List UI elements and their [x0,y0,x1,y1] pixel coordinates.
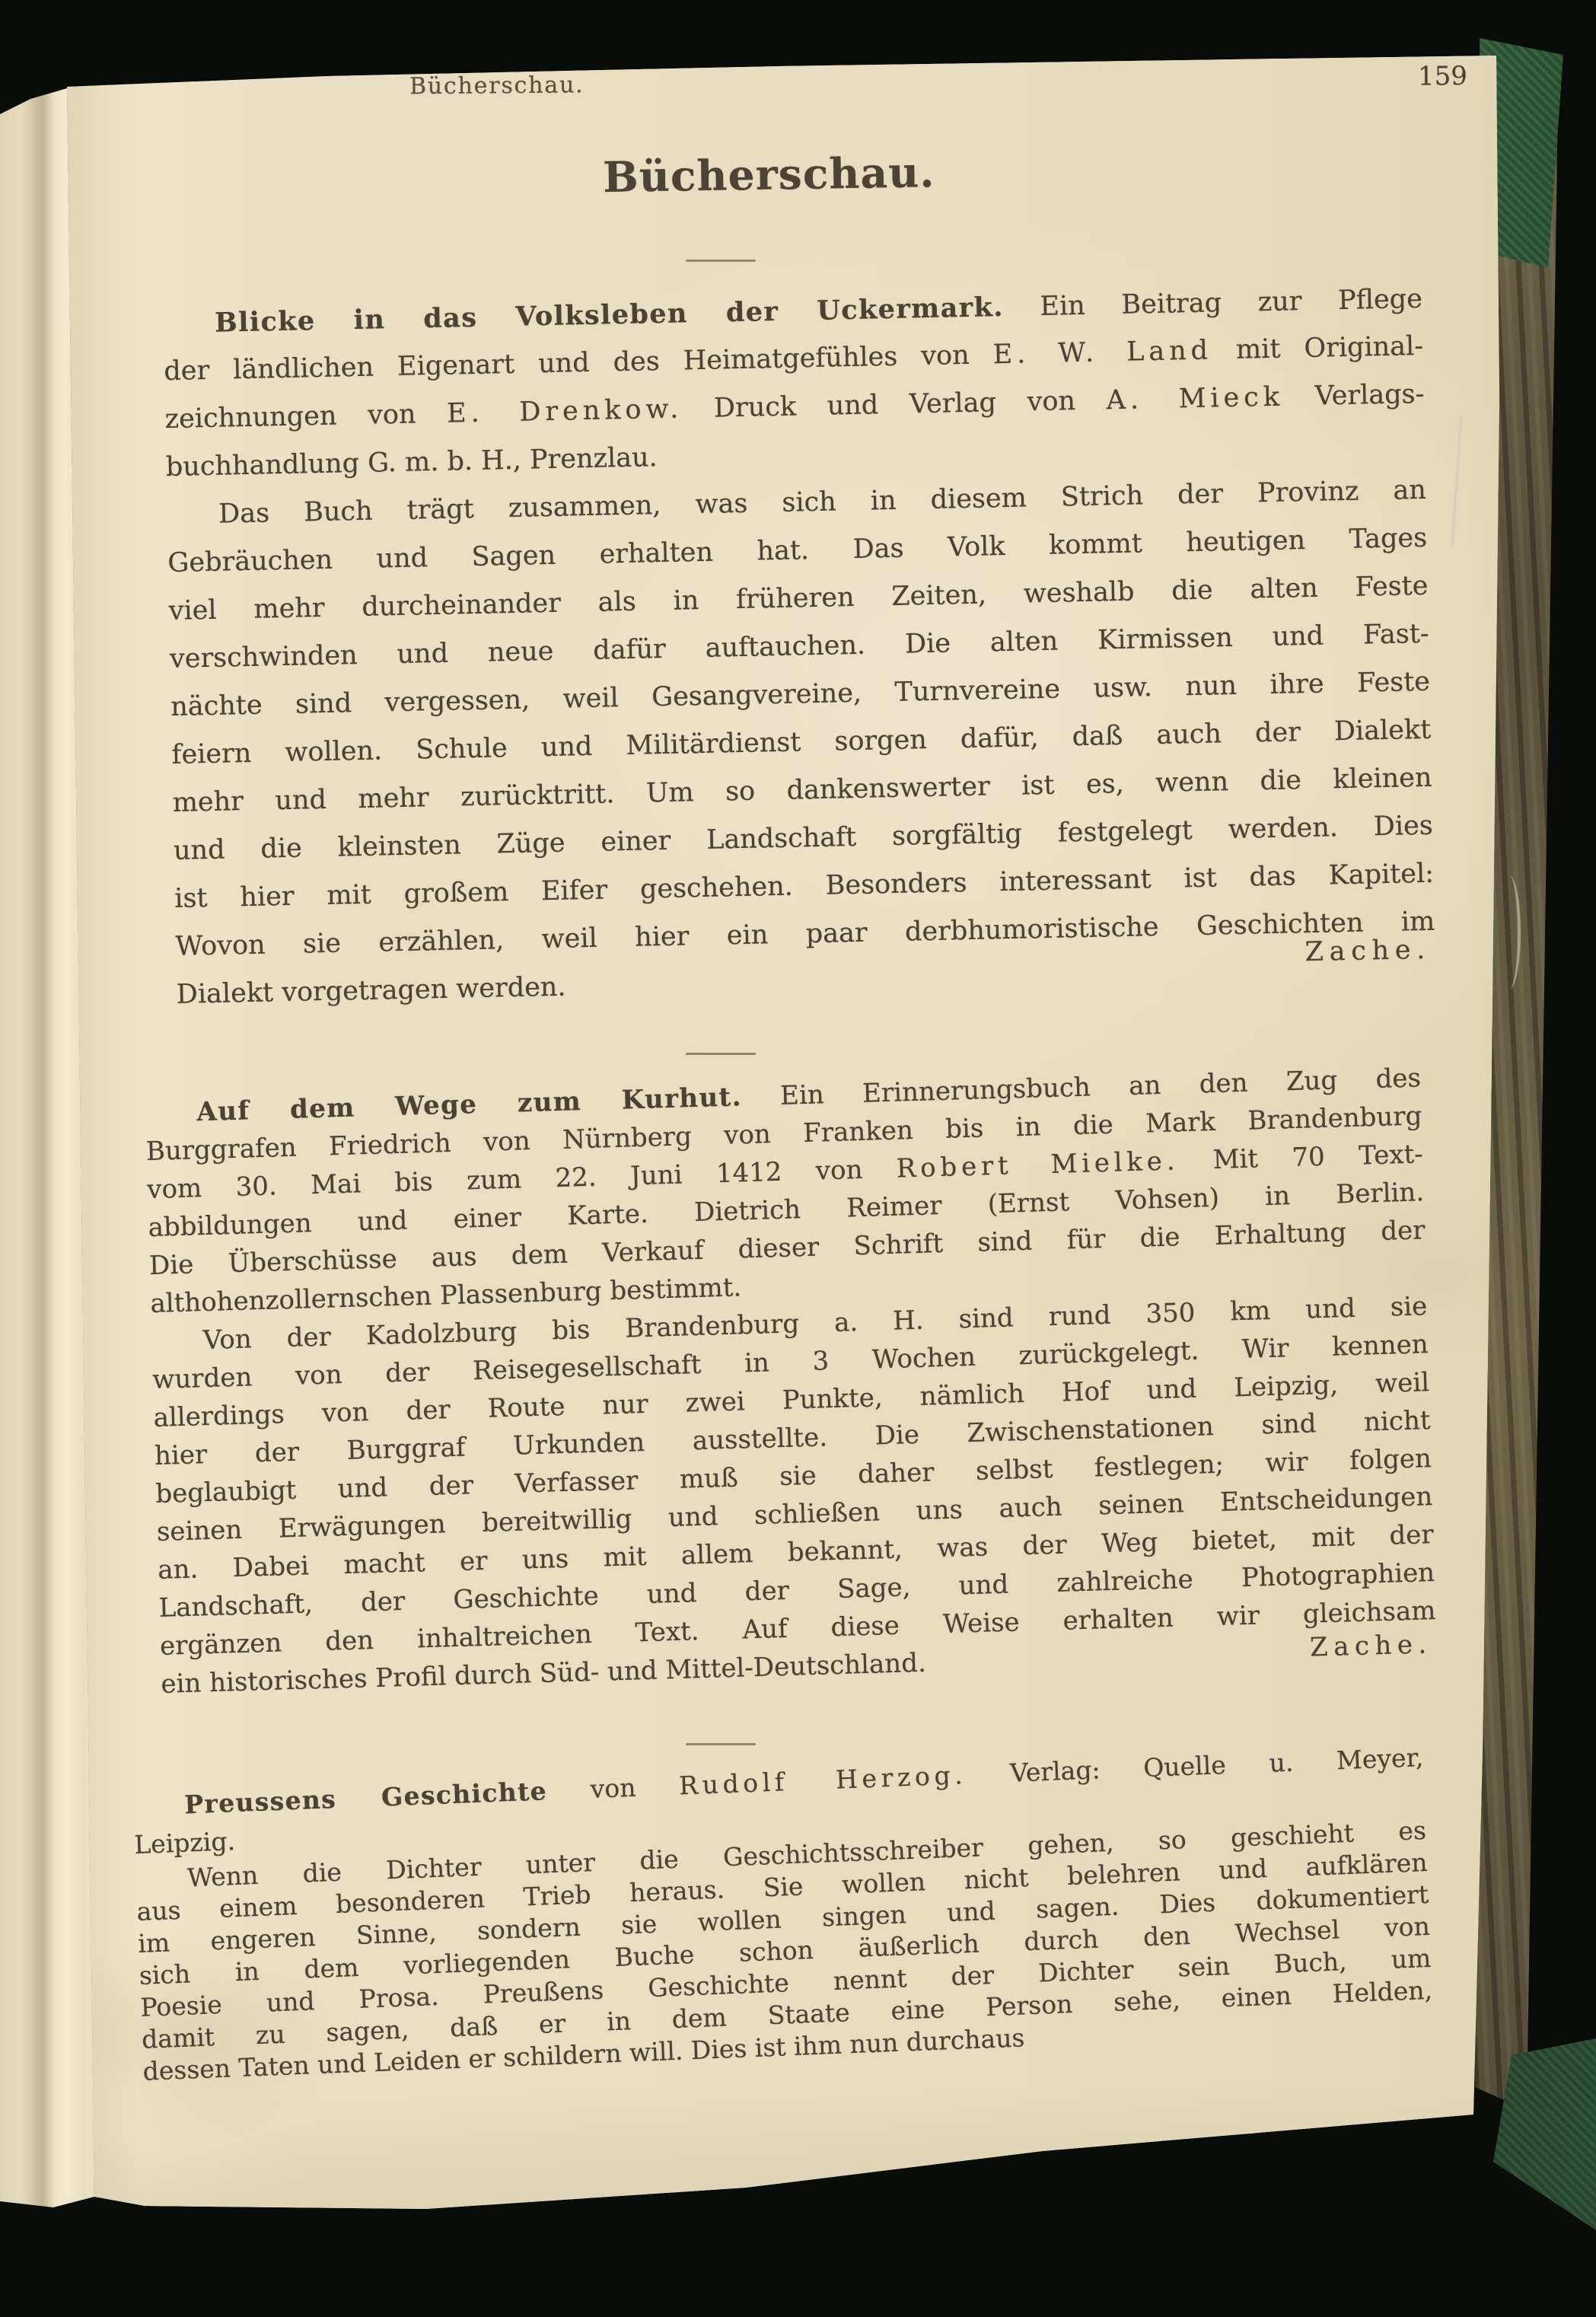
reviewer-signature: Zache. [1305,926,1432,977]
section-rule [686,1053,756,1055]
review-heading: Blicke in das Volksleben der Uckermark. [215,292,1004,339]
paragraph: Das Buch trägt zusammen, was sich in die… [167,467,1437,1019]
text-segment: buchhandlung G. m. b. H., Prenzlau. [166,442,658,483]
margin-spacer [170,94,409,96]
text-segment: Mit 70 Text- [1179,1139,1424,1176]
review-block-kurhut: Auf dem Wege zum Kurhut. Ein Erinnerungs… [145,1059,1438,1703]
text-segment: E. W. Land [992,335,1212,370]
section-rule [686,1743,756,1745]
review-block-preussens-geschichte: Preussens Geschichte von Rudolf Herzog. … [132,1739,1434,2088]
text-segment: der ländlichen Eigenart und des Heimatge… [164,339,993,387]
page-title: Bücherschau. [139,140,1399,213]
reviewer-signature: Zache. [1309,1625,1432,1666]
text-segment: E. Drenkow. [447,394,683,429]
text-segment: von [546,1771,680,1806]
paragraph: Von der Kadolzburg bis Brandenburg a. H.… [151,1287,1437,1703]
text-segment: Robert Mielke. [896,1146,1179,1184]
text-segment: mit Original- [1212,331,1424,366]
text-segment: Dialekt vorgetragen werden. [176,972,565,1010]
text-segment: A. Mieck [1106,382,1284,416]
page-number: 159 [1418,61,1467,92]
page-content: Bücherschau. 159 Bücherschau. Blicke in … [67,0,1505,2223]
review-block-uckermark: Blicke in das Volksleben der Uckermark. … [163,275,1437,1019]
running-head: Bücherschau. [409,72,585,100]
scan-background: { "page": { "running_head": "Bücherschau… [0,0,1596,2317]
text-segment: Ein Beitrag zur Pflege [1003,284,1422,323]
text-segment: Rudolf Herzog. [678,1760,967,1800]
text-segment: zeichnungen von [164,399,447,435]
text-segment: Druck und Verlag von [683,385,1107,424]
text-segment: Leipzig. [134,1826,236,1860]
paragraph: Auf dem Wege zum Kurhut. Ein Erinnerungs… [145,1059,1427,1323]
section-rule [686,260,756,262]
running-head-row: Bücherschau. 159 [170,62,1429,103]
text-segment: Verlags- [1284,379,1425,413]
paragraph: Blicke in das Volksleben der Uckermark. … [163,275,1426,492]
